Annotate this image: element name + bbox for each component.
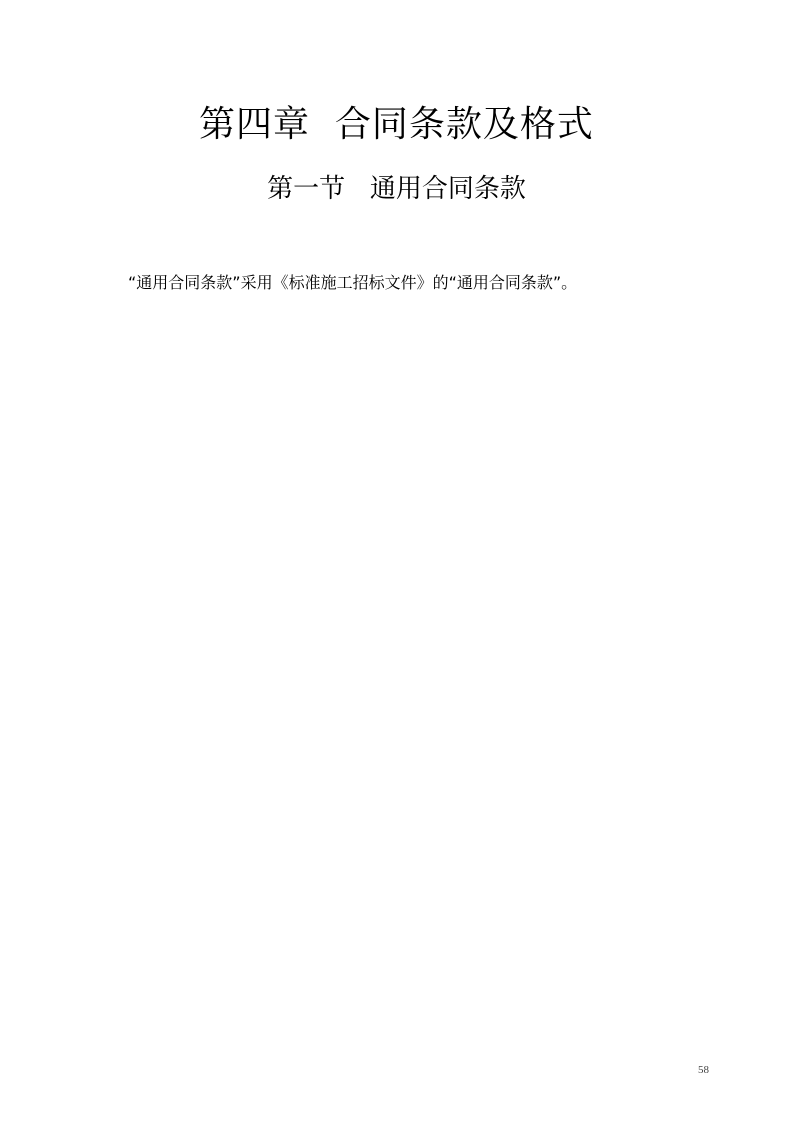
chapter-title: 第四章 合同条款及格式 [0, 102, 793, 148]
page-number: 58 [698, 1063, 709, 1077]
document-page: 第四章 合同条款及格式 第一节 通用合同条款 “通用合同条款”采用《标准施工招标… [0, 0, 793, 1123]
body-paragraph: “通用合同条款”采用《标准施工招标文件》的“通用合同条款”。 [128, 271, 688, 295]
section-title: 第一节 通用合同条款 [0, 171, 793, 207]
